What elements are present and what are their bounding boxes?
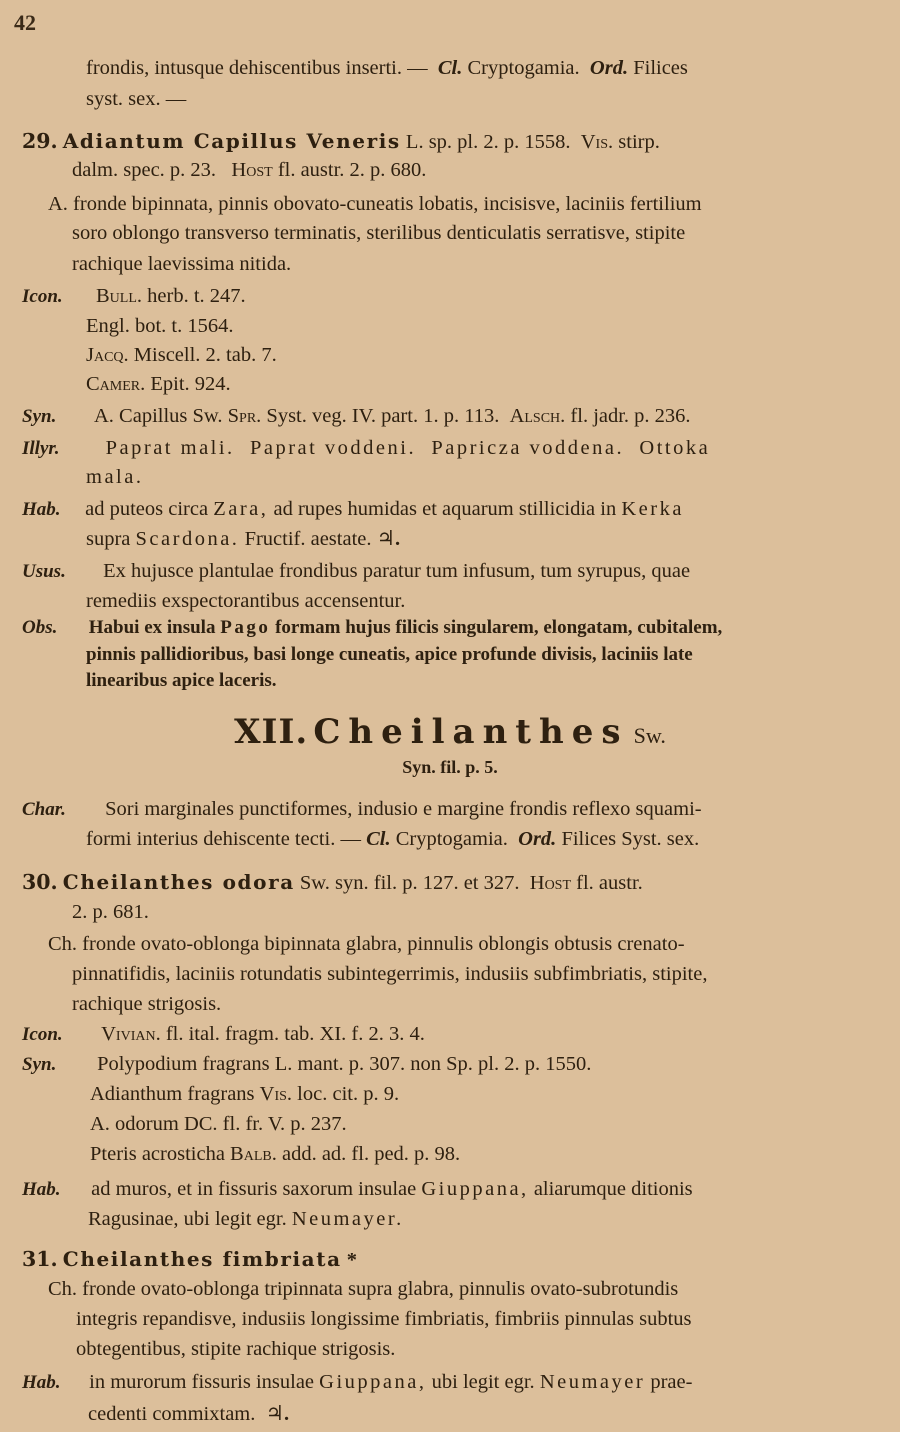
syn-line: Syn. A. Capillus Sw. Spr. Syst. veg. IV.… — [22, 402, 691, 431]
species-30-desc-2: pinnatifidis, laciniis rotundatis subint… — [72, 960, 707, 988]
icon-ref-3: Jacq. Miscell. 2. tab. 7. — [86, 341, 277, 369]
hab-line-2: supra Scardona. Fructif. aestate. ♃. — [86, 525, 400, 553]
hab-line-31-2: cedenti commixtam. ♃. — [88, 1400, 289, 1428]
species-31-heading: 31. Cheilanthes fimbriata * — [22, 1245, 357, 1274]
perennial-symbol: ♃. — [266, 1403, 290, 1425]
hab-line-30-2: Ragusinae, ubi legit egr. Neumayer. — [88, 1205, 404, 1233]
species-29-ref: dalm. spec. p. 23. Host fl. austr. 2. p.… — [72, 156, 426, 184]
icon-ref-1: Bull. herb. t. 247. — [96, 282, 246, 310]
species-name: Cheilanthes odora — [63, 870, 295, 894]
icon-ref-2: Engl. bot. t. 1564. — [86, 312, 233, 340]
species-30-desc-1: Ch. fronde ovato-oblonga bipinnata glabr… — [48, 930, 685, 958]
genus-reference: Syn. fil. p. 5. — [0, 757, 900, 778]
species-name: Adiantum Capillus Veneris — [63, 129, 401, 153]
species-31-desc-1: Ch. fronde ovato-oblonga tripinnata supr… — [48, 1275, 678, 1303]
icon-line-30: Icon. Vivian. fl. ital. fragm. tab. XI. … — [22, 1020, 425, 1049]
hab-line-30: Hab. ad muros, et in fissuris saxorum in… — [22, 1175, 693, 1204]
species-29-heading: 29. Adiantum Capillus Veneris L. sp. pl.… — [22, 127, 660, 156]
char-line-2: formi interius dehiscente tecti. — Cl. C… — [86, 825, 699, 853]
species-31-desc-3: obtegentibus, stipite rachique strigosis… — [76, 1335, 395, 1363]
hab-line-31: Hab. in murorum fissuris insulae Giuppan… — [22, 1368, 692, 1397]
book-page: 42 frondis, intusque dehiscentibus inser… — [0, 0, 900, 1432]
species-31-desc-2: integris repandisve, indusiis longissime… — [76, 1305, 692, 1333]
syn-line-30-2: Adianthum fragrans Vis. loc. cit. p. 9. — [90, 1080, 399, 1108]
illyr-line-2: mala. — [86, 463, 143, 491]
intro-line-1: frondis, intusque dehiscentibus inserti.… — [86, 54, 886, 82]
usus-line-2: remediis exspectorantibus accensentur. — [86, 587, 405, 615]
obs-line-2: pinnis pallidioribus, basi longe cuneati… — [86, 641, 693, 669]
intro-line-2: syst. sex. — — [86, 85, 186, 113]
char-line: Char. Sori marginales punctiformes, indu… — [22, 795, 702, 824]
genus-heading: XII. Cheilanthes Sw. — [0, 712, 900, 752]
usus-line: Usus. Ex hujusce plantulae frondibus par… — [22, 557, 690, 586]
icon-label: Icon. — [22, 282, 63, 311]
syn-line-30-3: A. odorum DC. fl. fr. V. p. 237. — [90, 1110, 347, 1138]
obs-line: Obs. Habui ex insula Pago formam hujus f… — [22, 614, 722, 642]
illyr-line: Illyr. Paprat mali. Paprat voddeni. Papr… — [22, 434, 710, 463]
hab-line: Hab. ad puteos circa Zara, ad rupes humi… — [22, 495, 684, 524]
species-30-heading: 30. Cheilanthes odora Sw. syn. fil. p. 1… — [22, 868, 643, 897]
perennial-symbol: ♃. — [377, 528, 401, 550]
syn-line-30: Syn. Polypodium fragrans L. mant. p. 307… — [22, 1050, 591, 1079]
syn-line-30-4: Pteris acrosticha Balb. add. ad. fl. ped… — [90, 1140, 460, 1168]
page-number: 42 — [14, 10, 36, 36]
species-30-desc-3: rachique strigosis. — [72, 990, 221, 1018]
species-30-ref: 2. p. 681. — [72, 898, 149, 926]
species-name: Cheilanthes fimbriata — [63, 1247, 342, 1271]
species-29-desc-1: A. fronde bipinnata, pinnis obovato-cune… — [48, 190, 702, 218]
obs-line-3: linearibus apice laceris. — [86, 667, 277, 695]
species-29-desc-2: soro oblongo transverso terminatis, ster… — [72, 219, 685, 247]
species-29-desc-3: rachique laevissima nitida. — [72, 250, 291, 278]
icon-ref-4: Camer. Epit. 924. — [86, 370, 231, 398]
